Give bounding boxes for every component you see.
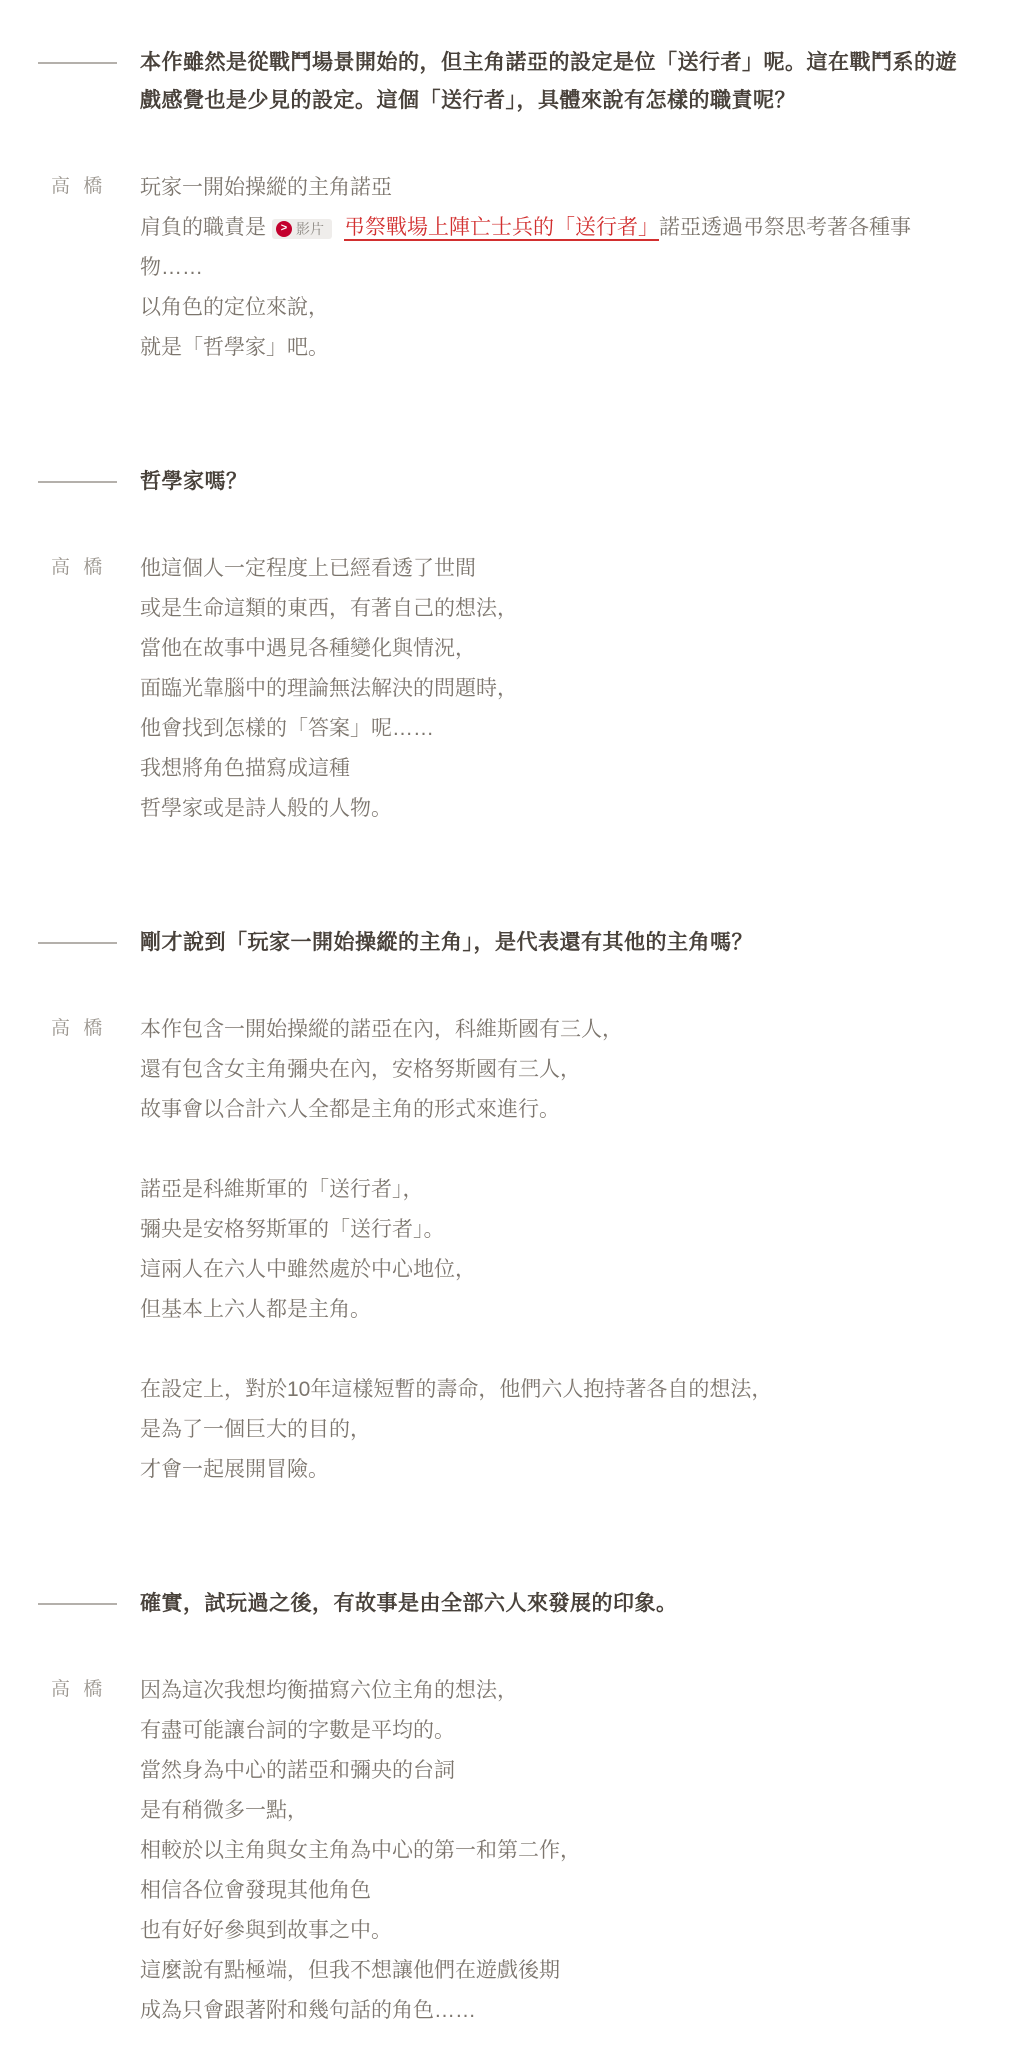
answer-line: 是有稍微多一點， (140, 1791, 1012, 1831)
answer-line: 本作包含一開始操縱的諾亞在內，科維斯國有三人， (140, 1010, 1012, 1050)
answer-blank-line (140, 1330, 1012, 1370)
answer-line: 當他在故事中遇見各種變化與情況， (140, 629, 1012, 669)
qa-section: 剛才說到「玩家一開始操縱的主角」，是代表還有其他的主角嗎？高 橋本作包含一開始操… (0, 924, 1024, 1490)
interviewer-question: 剛才說到「玩家一開始操縱的主角」，是代表還有其他的主角嗎？ (140, 924, 1002, 962)
answer-block: 高 橋他這個人一定程度上已經看透了世間或是生命這類的東西，有著自己的想法，當他在… (140, 549, 1012, 829)
question-text: 確實，試玩過之後，有故事是由全部六人來發展的印象。 (140, 1585, 1002, 1623)
interviewer-question: 哲學家嗎？ (140, 463, 1002, 501)
answer-line: 肩負的職責是>影片弔祭戰場上陣亡士兵的「送行者」諾亞透過弔祭思考著各種事 (140, 208, 1012, 248)
qa-section: 哲學家嗎？高 橋他這個人一定程度上已經看透了世間或是生命這類的東西，有著自己的想… (0, 463, 1024, 829)
question-text: 本作雖然是從戰鬥場景開始的，但主角諾亞的設定是位「送行者」呢。這在戰鬥系的遊 (140, 44, 1002, 82)
video-link[interactable]: 弔祭戰場上陣亡士兵的「送行者」 (344, 216, 659, 239)
answer-line: 他會找到怎樣的「答案」呢…… (140, 709, 1012, 749)
answer-line: 他這個人一定程度上已經看透了世間 (140, 549, 1012, 589)
answer-line: 相較於以主角與女主角為中心的第一和第二作， (140, 1831, 1012, 1871)
answer-line: 這麼說有點極端，但我不想讓他們在遊戲後期 (140, 1951, 1012, 1991)
answer-line: 也有好好參與到故事之中。 (140, 1911, 1012, 1951)
answer-line: 或是生命這類的東西，有著自己的想法， (140, 589, 1012, 629)
answer-line: 成為只會跟著附和幾句話的角色…… (140, 1991, 1012, 2031)
question-text: 戲感覺也是少見的設定。這個「送行者」，具體來說有怎樣的職責呢？ (140, 82, 1002, 120)
answer-block: 高 橋玩家一開始操縱的主角諾亞肩負的職責是>影片弔祭戰場上陣亡士兵的「送行者」諾… (140, 168, 1012, 368)
answer-line: 但基本上六人都是主角。 (140, 1290, 1012, 1330)
video-badge: >影片 (272, 219, 332, 239)
speaker-label: 高 橋 (51, 1017, 106, 1041)
play-circle-icon: > (276, 221, 292, 237)
answer-line: 玩家一開始操縱的主角諾亞 (140, 168, 1012, 208)
answer-block: 高 橋因為這次我想均衡描寫六位主角的想法，有盡可能讓台詞的字數是平均的。當然身為… (140, 1671, 1012, 2031)
question-dash (38, 62, 117, 64)
interview-article: 本作雖然是從戰鬥場景開始的，但主角諾亞的設定是位「送行者」呢。這在戰鬥系的遊戲感… (0, 0, 1024, 2071)
answer-line: 故事會以合計六人全都是主角的形式來進行。 (140, 1090, 1012, 1130)
answer-line-text: 諾亞透過弔祭思考著各種事 (659, 216, 911, 239)
answer-line: 因為這次我想均衡描寫六位主角的想法， (140, 1671, 1012, 1711)
answer-line: 諾亞是科維斯軍的「送行者」， (140, 1170, 1012, 1210)
video-badge-label: 影片 (296, 221, 324, 237)
speaker-label: 高 橋 (51, 175, 106, 199)
interviewer-question: 本作雖然是從戰鬥場景開始的，但主角諾亞的設定是位「送行者」呢。這在戰鬥系的遊戲感… (140, 44, 1002, 120)
answer-line: 當然身為中心的諾亞和彌央的台詞 (140, 1751, 1012, 1791)
question-dash (38, 942, 117, 944)
question-text: 哲學家嗎？ (140, 463, 1002, 501)
answer-line: 哲學家或是詩人般的人物。 (140, 789, 1012, 829)
qa-section: 本作雖然是從戰鬥場景開始的，但主角諾亞的設定是位「送行者」呢。這在戰鬥系的遊戲感… (0, 44, 1024, 368)
answer-block: 高 橋本作包含一開始操縱的諾亞在內，科維斯國有三人，還有包含女主角彌央在內，安格… (140, 1010, 1012, 1490)
interviewer-question: 確實，試玩過之後，有故事是由全部六人來發展的印象。 (140, 1585, 1002, 1623)
qa-section: 確實，試玩過之後，有故事是由全部六人來發展的印象。高 橋因為這次我想均衡描寫六位… (0, 1585, 1024, 2031)
answer-blank-line (140, 1130, 1012, 1170)
question-text: 剛才說到「玩家一開始操縱的主角」，是代表還有其他的主角嗎？ (140, 924, 1002, 962)
speaker-label: 高 橋 (51, 1678, 106, 1702)
answer-line: 在設定上，對於10年這樣短暫的壽命，他們六人抱持著各自的想法， (140, 1370, 1012, 1410)
question-dash (38, 1603, 117, 1605)
speaker-label: 高 橋 (51, 556, 106, 580)
answer-line: 才會一起展開冒險。 (140, 1450, 1012, 1490)
answer-line: 有盡可能讓台詞的字數是平均的。 (140, 1711, 1012, 1751)
answer-line: 以角色的定位來說， (140, 288, 1012, 328)
answer-line: 彌央是安格努斯軍的「送行者」。 (140, 1210, 1012, 1250)
question-dash (38, 481, 117, 483)
answer-line: 物…… (140, 248, 1012, 288)
answer-line: 就是「哲學家」吧。 (140, 328, 1012, 368)
answer-line: 相信各位會發現其他角色 (140, 1871, 1012, 1911)
answer-line: 這兩人在六人中雖然處於中心地位， (140, 1250, 1012, 1290)
answer-line-text: 肩負的職責是 (140, 216, 266, 239)
answer-line: 面臨光靠腦中的理論無法解決的問題時， (140, 669, 1012, 709)
answer-line: 我想將角色描寫成這種 (140, 749, 1012, 789)
answer-line: 是為了一個巨大的目的， (140, 1410, 1012, 1450)
answer-line: 還有包含女主角彌央在內，安格努斯國有三人， (140, 1050, 1012, 1090)
